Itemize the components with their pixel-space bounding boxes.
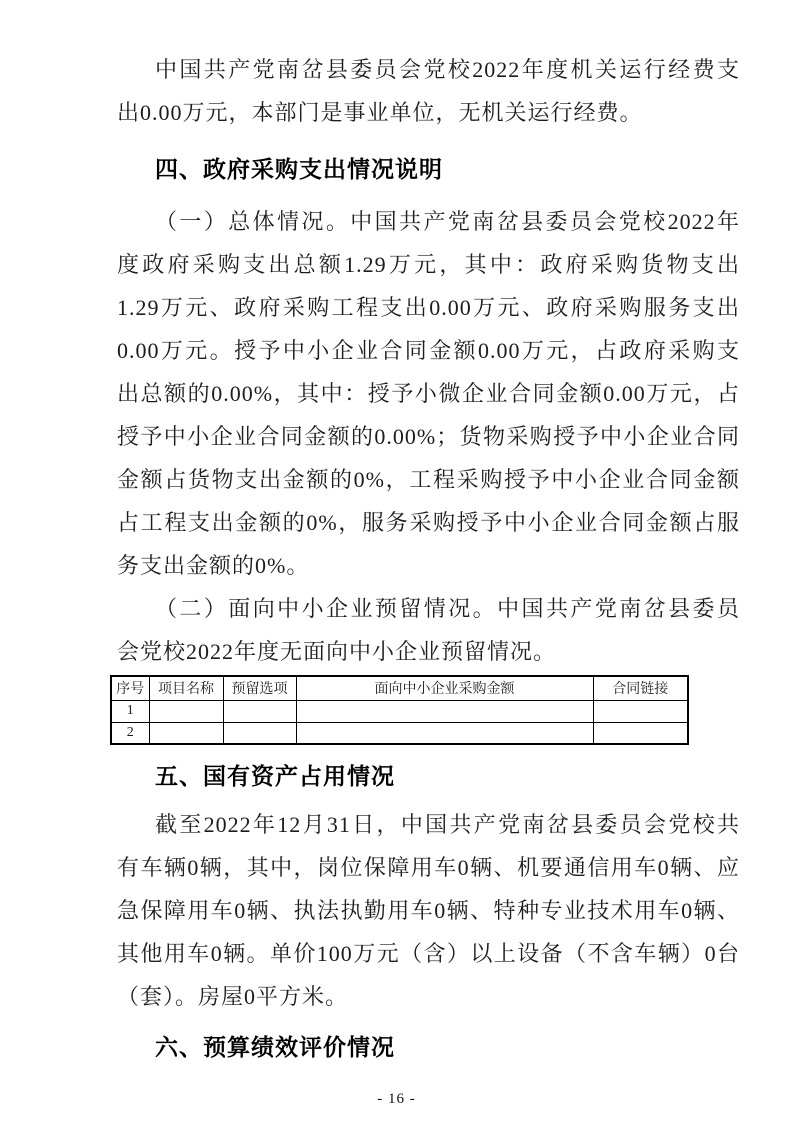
table-header-amount: 面向中小企业采购金额 [296, 676, 593, 700]
text-line: 0.00万元。授予中小企业合同金额0.00万元，占政府采购支 [117, 329, 740, 372]
cell-link [593, 722, 688, 744]
sme-reserve-table: 序号 项目名称 预留选项 面向中小企业采购金额 合同链接 1 2 [110, 675, 689, 745]
cell-name [149, 722, 223, 744]
table-row: 2 [111, 722, 688, 744]
page-body: 中国共产党南岔县委员会党校2022年度机关运行经费支 出0.00万元，本部门是事… [0, 0, 793, 1062]
heading-section-5-state-assets: 五、国有资产占用情况 [117, 761, 740, 791]
paragraph-operating-expenses: 中国共产党南岔县委员会党校2022年度机关运行经费支 出0.00万元，本部门是事… [117, 48, 740, 134]
text-line: 截至2022年12月31日，中国共产党南岔县委员会党校共 [117, 803, 740, 846]
text-line: 中国共产党南岔县委员会党校2022年度机关运行经费支 [117, 48, 740, 91]
table-header-link: 合同链接 [593, 676, 688, 700]
table-header-option: 预留选项 [223, 676, 296, 700]
text-line: 1.29万元、政府采购工程支出0.00万元、政府采购服务支出 [117, 286, 740, 329]
table-row: 1 [111, 700, 688, 722]
table-header-name: 项目名称 [149, 676, 223, 700]
heading-section-4-procurement: 四、政府采购支出情况说明 [117, 154, 740, 184]
text-line: （一）总体情况。中国共产党南岔县委员会党校2022年 [117, 200, 740, 243]
paragraph-state-assets: 截至2022年12月31日，中国共产党南岔县委员会党校共 有车辆0辆，其中，岗位… [117, 803, 740, 1018]
text-line: 急保障用车0辆、执法执勤用车0辆、特种专业技术用车0辆、 [117, 889, 740, 932]
text-line: 金额占货物支出金额的0%，工程采购授予中小企业合同金额 [117, 458, 740, 501]
paragraph-sme-reserve: （二）面向中小企业预留情况。中国共产党南岔县委员 会党校2022年度无面向中小企… [117, 587, 740, 673]
text-line: 占工程支出金额的0%，服务采购授予中小企业合同金额占服 [117, 501, 740, 544]
text-line: 有车辆0辆，其中，岗位保障用车0辆、机要通信用车0辆、应 [117, 846, 740, 889]
cell-seq: 2 [111, 722, 149, 744]
text-line: 其他用车0辆。单价100万元（含）以上设备（不含车辆）0台 [117, 932, 740, 975]
text-line: 授予中小企业合同金额的0.00%；货物采购授予中小企业合同 [117, 415, 740, 458]
text-line: 度政府采购支出总额1.29万元，其中：政府采购货物支出 [117, 243, 740, 286]
table-header-row: 序号 项目名称 预留选项 面向中小企业采购金额 合同链接 [111, 676, 688, 700]
text-line: 出总额的0.00%，其中：授予小微企业合同金额0.00万元，占 [117, 372, 740, 415]
cell-amount [296, 722, 593, 744]
text-line: 出0.00万元，本部门是事业单位，无机关运行经费。 [117, 91, 740, 134]
heading-section-6-performance: 六、预算绩效评价情况 [117, 1032, 740, 1062]
paragraph-procurement-overall: （一）总体情况。中国共产党南岔县委员会党校2022年 度政府采购支出总额1.29… [117, 200, 740, 587]
page-number: - 16 - [0, 1091, 793, 1108]
cell-amount [296, 700, 593, 722]
text-line: 务支出金额的0%。 [117, 544, 740, 587]
text-line: （套）。房屋0平方米。 [117, 975, 740, 1018]
cell-name [149, 700, 223, 722]
cell-option [223, 722, 296, 744]
cell-link [593, 700, 688, 722]
text-line: 会党校2022年度无面向中小企业预留情况。 [117, 630, 740, 673]
table-header-seq: 序号 [111, 676, 149, 700]
cell-seq: 1 [111, 700, 149, 722]
document-page: 中国共产党南岔县委员会党校2022年度机关运行经费支 出0.00万元，本部门是事… [0, 0, 793, 1122]
cell-option [223, 700, 296, 722]
text-line: （二）面向中小企业预留情况。中国共产党南岔县委员 [117, 587, 740, 630]
